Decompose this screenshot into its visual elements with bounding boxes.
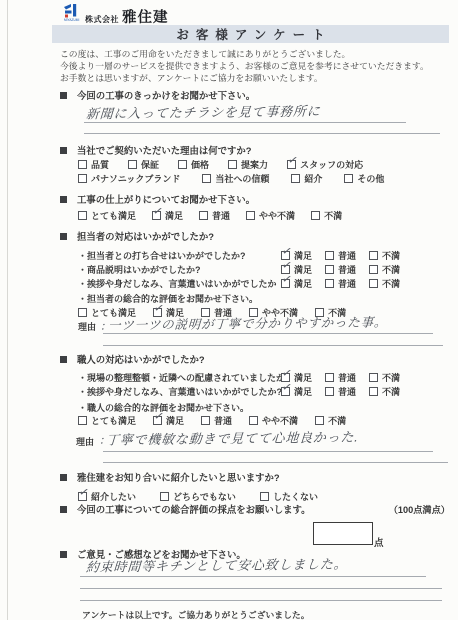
checkbox-option: 普通 bbox=[325, 385, 356, 398]
checkbox[interactable] bbox=[344, 174, 353, 183]
checkbox-label: 当社への信頼 bbox=[215, 172, 269, 185]
checkbox-option: 当社への信頼 bbox=[202, 172, 269, 185]
subquestion-label: ・挨拶や身だしなみ、言葉遣いはいかがでしたか bbox=[78, 277, 281, 290]
checkbox-label: 不満 bbox=[382, 371, 400, 384]
intro-line: 今後より一層のサービスを提供できますよう、お客様のご意見を参考にさせていただきま… bbox=[60, 60, 429, 72]
checkbox[interactable] bbox=[369, 387, 378, 396]
form-title: お客様アンケート bbox=[169, 25, 331, 43]
q8-answer-line[interactable] bbox=[80, 576, 426, 577]
q5-reason-line[interactable] bbox=[103, 451, 433, 452]
checkbox-label: 満足 bbox=[294, 277, 312, 290]
checkbox-label: 普通 bbox=[212, 209, 230, 222]
subquestion-label: ・商品説明はいかがでしたか? bbox=[78, 263, 281, 276]
checkbox-label: 紹介 bbox=[304, 172, 322, 185]
q4-reason-label: 理由 bbox=[78, 320, 96, 333]
q4-heading: 担当者の対応はいかがでしたか? bbox=[60, 229, 214, 243]
checkbox-label: パナソニックブランド bbox=[91, 172, 180, 185]
checkbox-option: 満足 bbox=[153, 414, 184, 427]
q2-heading: 当社でご契約いただいた理由は何ですか? bbox=[60, 143, 251, 157]
square-bullet-icon bbox=[60, 506, 67, 513]
q5-overall-row: とても満足 満足 普通 やや不満 不満 bbox=[78, 414, 346, 427]
intro-line: お手数とは思いますが、アンケートにご協力をお願いいたします。 bbox=[60, 72, 429, 84]
checkbox[interactable] bbox=[228, 160, 237, 169]
checkbox[interactable] bbox=[78, 416, 87, 425]
q7-heading-row: 今回の工事についての総合評価の採点をお願いします。 （100点満点） bbox=[60, 502, 450, 516]
checkbox-label: 価格 bbox=[191, 158, 209, 171]
q5-reason-line-2[interactable] bbox=[103, 462, 448, 463]
checkbox-option: 普通 bbox=[325, 371, 356, 384]
q1-heading: 今回の工事のきっかけをお聞かせ下さい。 bbox=[60, 88, 255, 102]
checkbox-label: やや不満 bbox=[262, 414, 298, 427]
checkbox-option: やや不満 bbox=[246, 209, 295, 222]
checkbox-label: その他 bbox=[357, 172, 384, 185]
checkbox-option: とても満足 bbox=[78, 209, 136, 222]
logo-caption: MIYAZUMI bbox=[64, 18, 79, 22]
checkbox-label: 満足 bbox=[294, 371, 312, 384]
checkbox-label: 品質 bbox=[91, 158, 109, 171]
checkbox-label: 不満 bbox=[382, 385, 400, 398]
checkbox[interactable] bbox=[325, 387, 334, 396]
checkbox[interactable] bbox=[369, 265, 378, 274]
checkbox-option: 満足 bbox=[152, 209, 183, 222]
checkbox-label: 満足 bbox=[294, 263, 312, 276]
square-bullet-icon bbox=[60, 474, 67, 481]
checkbox[interactable] bbox=[311, 211, 320, 220]
checkbox-option: 不満 bbox=[311, 209, 342, 222]
company-name: 雅住建 bbox=[122, 6, 169, 27]
checkbox[interactable] bbox=[281, 279, 290, 288]
checkbox-option: 不満 bbox=[369, 263, 400, 276]
checkbox-label: 満足 bbox=[165, 209, 183, 222]
checkbox[interactable] bbox=[315, 416, 324, 425]
checkbox[interactable] bbox=[325, 265, 334, 274]
checkbox-label: 保証 bbox=[141, 158, 159, 171]
checkbox-option: その他 bbox=[344, 172, 384, 185]
checkbox[interactable] bbox=[325, 279, 334, 288]
q8-answer-line-3[interactable] bbox=[80, 600, 442, 601]
q2-options-row1: 品質 保証 価格 提案力 スタッフの対応 bbox=[78, 158, 363, 171]
checkbox-option: やや不満 bbox=[249, 414, 298, 427]
checkbox-option: 不満 bbox=[369, 277, 400, 290]
checkbox-option: 満足 bbox=[281, 277, 312, 290]
checkbox[interactable] bbox=[369, 279, 378, 288]
q1-heading-text: 今回の工事のきっかけをお聞かせ下さい。 bbox=[77, 88, 255, 102]
q4-subquestion-row: ・担当者との打ち合せはいかがでしたか? 満足 普通 不満 bbox=[78, 249, 400, 262]
q7-max-score-note: （100点満点） bbox=[389, 502, 450, 516]
checkbox-option: パナソニックブランド bbox=[78, 172, 180, 185]
checkbox-label: 満足 bbox=[294, 249, 312, 262]
checkbox-option: 満足 bbox=[281, 385, 312, 398]
q1-answer-line-2[interactable] bbox=[84, 133, 440, 134]
square-bullet-icon bbox=[60, 551, 67, 558]
checkbox-label: 普通 bbox=[338, 371, 356, 384]
checkbox[interactable] bbox=[78, 174, 87, 183]
checkbox-option: 不満 bbox=[369, 249, 400, 262]
checkbox[interactable] bbox=[128, 160, 137, 169]
square-bullet-icon bbox=[60, 356, 67, 363]
checkbox-option: 普通 bbox=[325, 277, 356, 290]
checkbox[interactable] bbox=[325, 373, 334, 382]
checkbox-option: 普通 bbox=[201, 414, 232, 427]
checkbox-option: とても満足 bbox=[78, 414, 136, 427]
intro-paragraph: この度は、工事のご用命をいただきまして誠にありがとうございました。 今後より一層… bbox=[60, 48, 429, 85]
checkbox[interactable] bbox=[78, 492, 87, 501]
q6-heading: 雅住建をお知り合いに紹介したいと思いますか? bbox=[60, 470, 280, 484]
scan-edge-line bbox=[7, 0, 8, 620]
q3-heading-text: 工事の仕上がりについてお聞かせ下さい。 bbox=[77, 192, 255, 206]
checkbox[interactable] bbox=[78, 160, 87, 169]
checkbox-label: 提案力 bbox=[241, 158, 268, 171]
checkbox[interactable] bbox=[152, 211, 161, 220]
q1-handwritten-answer: 新聞に入ってたチラシを見て事務所に bbox=[85, 101, 321, 123]
checkbox-option: 保証 bbox=[128, 158, 159, 171]
checkbox-option: 普通 bbox=[199, 209, 230, 222]
intro-line: この度は、工事のご用命をいただきまして誠にありがとうございました。 bbox=[60, 48, 429, 60]
subquestion-label: ・挨拶や身だしなみ、言葉遣いはいかがでしたか? bbox=[78, 385, 281, 398]
checkbox-option: スタッフの対応 bbox=[287, 158, 363, 171]
checkbox-option: 不満 bbox=[369, 371, 400, 384]
q5-handwritten-reason: 丁寧で機敏な動きで見てて心地良かった. bbox=[105, 426, 359, 448]
checkbox-label: 不満 bbox=[328, 414, 346, 427]
checkbox-label: とても満足 bbox=[91, 414, 136, 427]
checkbox-label: とても満足 bbox=[91, 209, 136, 222]
checkbox-option: 普通 bbox=[325, 263, 356, 276]
square-bullet-icon bbox=[60, 233, 67, 240]
checkbox-option: 紹介 bbox=[291, 172, 322, 185]
checkbox[interactable] bbox=[160, 492, 169, 501]
checkbox-label: 不満 bbox=[382, 263, 400, 276]
checkbox[interactable] bbox=[78, 308, 87, 317]
checkbox-label: 普通 bbox=[338, 249, 356, 262]
checkbox-label: 普通 bbox=[338, 277, 356, 290]
q5-heading: 職人の対応はいかがでしたか? bbox=[60, 352, 205, 366]
checkbox[interactable] bbox=[291, 174, 300, 183]
checkbox-label: 不満 bbox=[382, 277, 400, 290]
checkbox[interactable] bbox=[369, 251, 378, 260]
survey-page: MIYAZUMI 株式会社 雅住建 お客様アンケート この度は、工事のご用命をい… bbox=[0, 0, 458, 620]
checkbox-label: 満足 bbox=[294, 385, 312, 398]
checkbox-option: 普通 bbox=[325, 249, 356, 262]
closing-note: アンケートは以上です。ご協力ありがとうございました。 bbox=[82, 608, 310, 620]
square-bullet-icon bbox=[60, 147, 67, 154]
company-header: MIYAZUMI 株式会社 雅住建 bbox=[62, 3, 169, 27]
checkbox[interactable] bbox=[369, 373, 378, 382]
square-bullet-icon bbox=[60, 196, 67, 203]
checkbox[interactable] bbox=[201, 416, 210, 425]
checkbox[interactable] bbox=[260, 492, 269, 501]
checkbox-label: 不満 bbox=[382, 249, 400, 262]
checkbox-label: 普通 bbox=[338, 385, 356, 398]
checkbox[interactable] bbox=[202, 174, 211, 183]
score-unit-label: 点 bbox=[374, 535, 384, 549]
q5-reason-label: 理由 bbox=[76, 435, 94, 448]
checkbox[interactable] bbox=[325, 251, 334, 260]
q4-subquestion-row: ・商品説明はいかがでしたか? 満足 普通 不満 bbox=[78, 263, 400, 276]
q4-reason-line-2[interactable] bbox=[103, 345, 443, 346]
q8-answer-line-2[interactable] bbox=[80, 588, 442, 589]
checkbox[interactable] bbox=[78, 211, 87, 220]
q2-heading-text: 当社でご契約いただいた理由は何ですか? bbox=[77, 143, 251, 157]
checkbox-label: やや不満 bbox=[259, 209, 295, 222]
checkbox[interactable] bbox=[199, 211, 208, 220]
form-title-bar: お客様アンケート bbox=[52, 25, 449, 43]
subquestion-label: ・現場の整理整頓・近隣への配慮されていましたか bbox=[78, 371, 281, 384]
q5-subquestion-row: ・挨拶や身だしなみ、言葉遣いはいかがでしたか? 満足 普通 不満 bbox=[78, 385, 400, 398]
checkbox-label: 普通 bbox=[214, 414, 232, 427]
q8-handwritten-answer: 約束時間等キチンとして安心致しました。 bbox=[85, 553, 348, 575]
checkbox-label: 満足 bbox=[166, 414, 184, 427]
q2-options-row2: パナソニックブランド 当社への信頼 紹介 その他 bbox=[78, 172, 384, 185]
checkbox-option: 不満 bbox=[369, 385, 400, 398]
q4-reason-line[interactable] bbox=[103, 333, 433, 334]
subquestion-label: ・担当者との打ち合せはいかがでしたか? bbox=[78, 249, 281, 262]
checkbox[interactable] bbox=[249, 416, 258, 425]
checkbox[interactable] bbox=[287, 160, 296, 169]
checkbox-option: 不満 bbox=[315, 414, 346, 427]
checkbox[interactable] bbox=[178, 160, 187, 169]
checkbox-option: 品質 bbox=[78, 158, 109, 171]
checkbox[interactable] bbox=[281, 387, 290, 396]
company-logo-icon: MIYAZUMI bbox=[62, 3, 82, 27]
score-input-box[interactable] bbox=[313, 522, 373, 545]
q3-options-row: とても満足 満足 普通 やや不満 不満 bbox=[78, 209, 342, 222]
q4-overall-label: ・担当者の総合的な評価をお聞かせ下さい。 bbox=[78, 292, 258, 305]
q7-heading: 今回の工事についての総合評価の採点をお願いします。 bbox=[60, 502, 310, 516]
q5-subquestion-row: ・現場の整理整頓・近隣への配慮されていましたか 満足 普通 不満 bbox=[78, 371, 400, 384]
checkbox-option: 価格 bbox=[178, 158, 209, 171]
q1-answer-line[interactable] bbox=[84, 122, 406, 123]
q4-handwritten-reason: 一ツ一ツの説明が丁寧で分かりやすかった事。 bbox=[107, 312, 387, 333]
q5-heading-text: 職人の対応はいかがでしたか? bbox=[77, 352, 205, 366]
q4-overall-label-text: ・担当者の総合的な評価をお聞かせ下さい。 bbox=[78, 292, 258, 305]
checkbox-label: スタッフの対応 bbox=[300, 158, 363, 171]
q6-heading-text: 雅住建をお知り合いに紹介したいと思いますか? bbox=[77, 470, 280, 484]
checkbox-option: 提案力 bbox=[228, 158, 268, 171]
checkbox-label: 不満 bbox=[324, 209, 342, 222]
q7-heading-text: 今回の工事についての総合評価の採点をお願いします。 bbox=[77, 502, 310, 516]
checkbox[interactable] bbox=[246, 211, 255, 220]
checkbox-label: 普通 bbox=[338, 263, 356, 276]
q4-heading-text: 担当者の対応はいかがでしたか? bbox=[77, 229, 214, 243]
square-bullet-icon bbox=[60, 92, 67, 99]
checkbox[interactable] bbox=[153, 416, 162, 425]
q4-subquestion-row: ・挨拶や身だしなみ、言葉遣いはいかがでしたか 満足 普通 不満 bbox=[78, 277, 400, 290]
